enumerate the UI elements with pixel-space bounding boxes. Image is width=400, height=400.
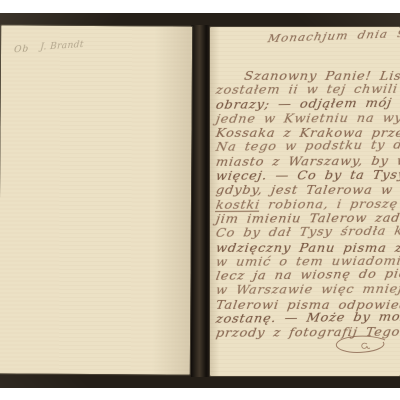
handwriting-line: miasto z Warszawy, by wy [215, 153, 400, 170]
handwriting-line: gdyby, jest Talerowa w ko [215, 183, 400, 197]
author-inscription: J. Brandt [40, 40, 84, 53]
catalog-mark: Ob [14, 44, 30, 55]
letter-page-right: Monachjum dnia 9 Szanowny Panie! List Pa… [210, 27, 400, 376]
handwriting-line: jedne w Kwietniu na wysta [215, 110, 400, 127]
handwriting-line: wdzięczny Panu pisma za w [215, 241, 400, 255]
letter-page-left: ObJ. Brandt [0, 25, 192, 374]
letter-body: Szanowny Panie! List Pań zostałem ii w t… [216, 69, 400, 341]
dateline: Monachjum dnia 9 [267, 27, 400, 45]
handwriting-line: kostki robiona, i proszę mo [215, 195, 400, 212]
handwriting-line: więcej. — Co by ta Tysy ho [215, 167, 400, 184]
signature-flourish [330, 332, 392, 358]
page-gutter [191, 25, 210, 377]
letter-photograph: ObJ. Brandt Monachjum dnia 9 Szanowny Pa… [0, 0, 400, 400]
pencil-annotation: ObJ. Brandt [14, 41, 84, 55]
handwriting-line: Na tego w podstku ty drogy m [215, 136, 400, 155]
handwriting-line: w Warszawie więc mniej mi [215, 281, 400, 298]
